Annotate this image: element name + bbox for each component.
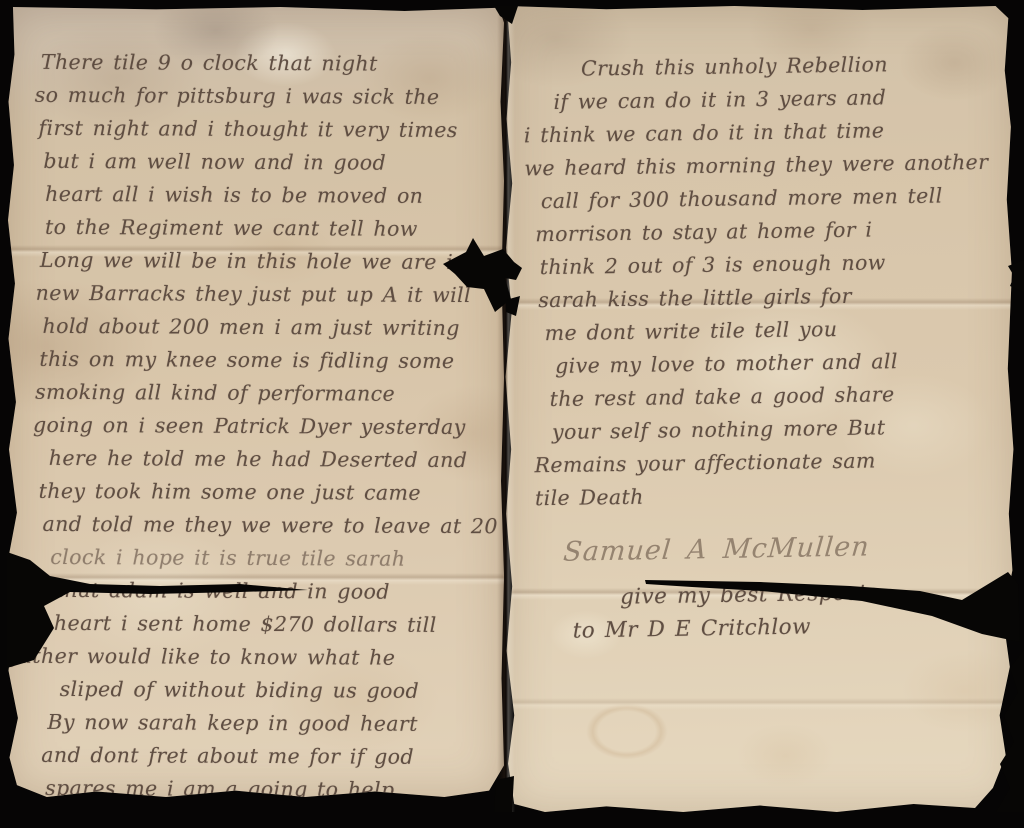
signature: Samuel A McMullen (562, 531, 879, 568)
postscript: give my best Respects to Mr D E Critchlo… (564, 576, 880, 647)
handwritten-line: smoking all kind of performance (35, 376, 493, 411)
handwritten-line: hold about 200 men i am just writing (42, 310, 493, 345)
handwritten-line: tile Death (535, 476, 1009, 516)
handwritten-line: spares me i am a going to help (45, 772, 491, 807)
handwritten-line: call for 300 thousand more men tell (541, 179, 1005, 218)
handwritten-line: and dont fret about me for if god (41, 739, 491, 774)
handwritten-line: sliped of without biding us good (60, 673, 492, 708)
handwritten-line: they took him some one just came (39, 475, 493, 510)
handwritten-line: By now sarah keep in good heart (47, 706, 491, 741)
postscript-line: to Mr D E Critchlow (572, 609, 879, 647)
right-page-text: Crush this unholy Rebellion if we can do… (523, 47, 1009, 516)
handwritten-line: here he told me he had Deserted and (49, 442, 493, 477)
handwritten-line: but i am well now and in good (43, 145, 494, 180)
handwritten-line: father would like to know what he (12, 640, 492, 676)
handwritten-line: heart i sent home $270 dollars till (54, 607, 492, 642)
handwritten-line: clock i hope it is true tile sarah (50, 541, 492, 576)
handwritten-line: and told me they we were to leave at 20 (42, 508, 492, 543)
handwritten-line: to the Regiment we cant tell how (45, 211, 494, 246)
handwritten-line: Long we will be in this hole we are in (40, 244, 494, 279)
postscript-line: give my best Respects (620, 576, 879, 614)
handwritten-line: new Barracks they just put up A it will (36, 277, 494, 312)
signature-block: Samuel A McMullen give my best Respects … (563, 531, 880, 647)
handwritten-line: heart all i wish is to be moved on (45, 178, 494, 213)
fold-crease-horizontal (504, 698, 1016, 710)
scanned-letter: There tile 9 o clock that night so much … (0, 0, 1024, 828)
handwritten-line: so much for pittsburg i was sick the (35, 79, 495, 114)
handwritten-line: that adam is well and in good (56, 574, 492, 609)
handwritten-line: going on i seen Patrick Dyer yesterday (33, 409, 493, 444)
left-page-text: There tile 9 o clock that night so much … (31, 46, 495, 807)
letter-page-left: There tile 9 o clock that night so much … (7, 7, 504, 797)
handwritten-line: first night and i thought it very times (38, 112, 494, 147)
letter-page-right: Crush this unholy Rebellion if we can do… (504, 6, 1016, 812)
handwritten-line: There tile 9 o clock that night (41, 46, 495, 81)
handwritten-line: this on my knee some is fidling some (39, 343, 493, 378)
